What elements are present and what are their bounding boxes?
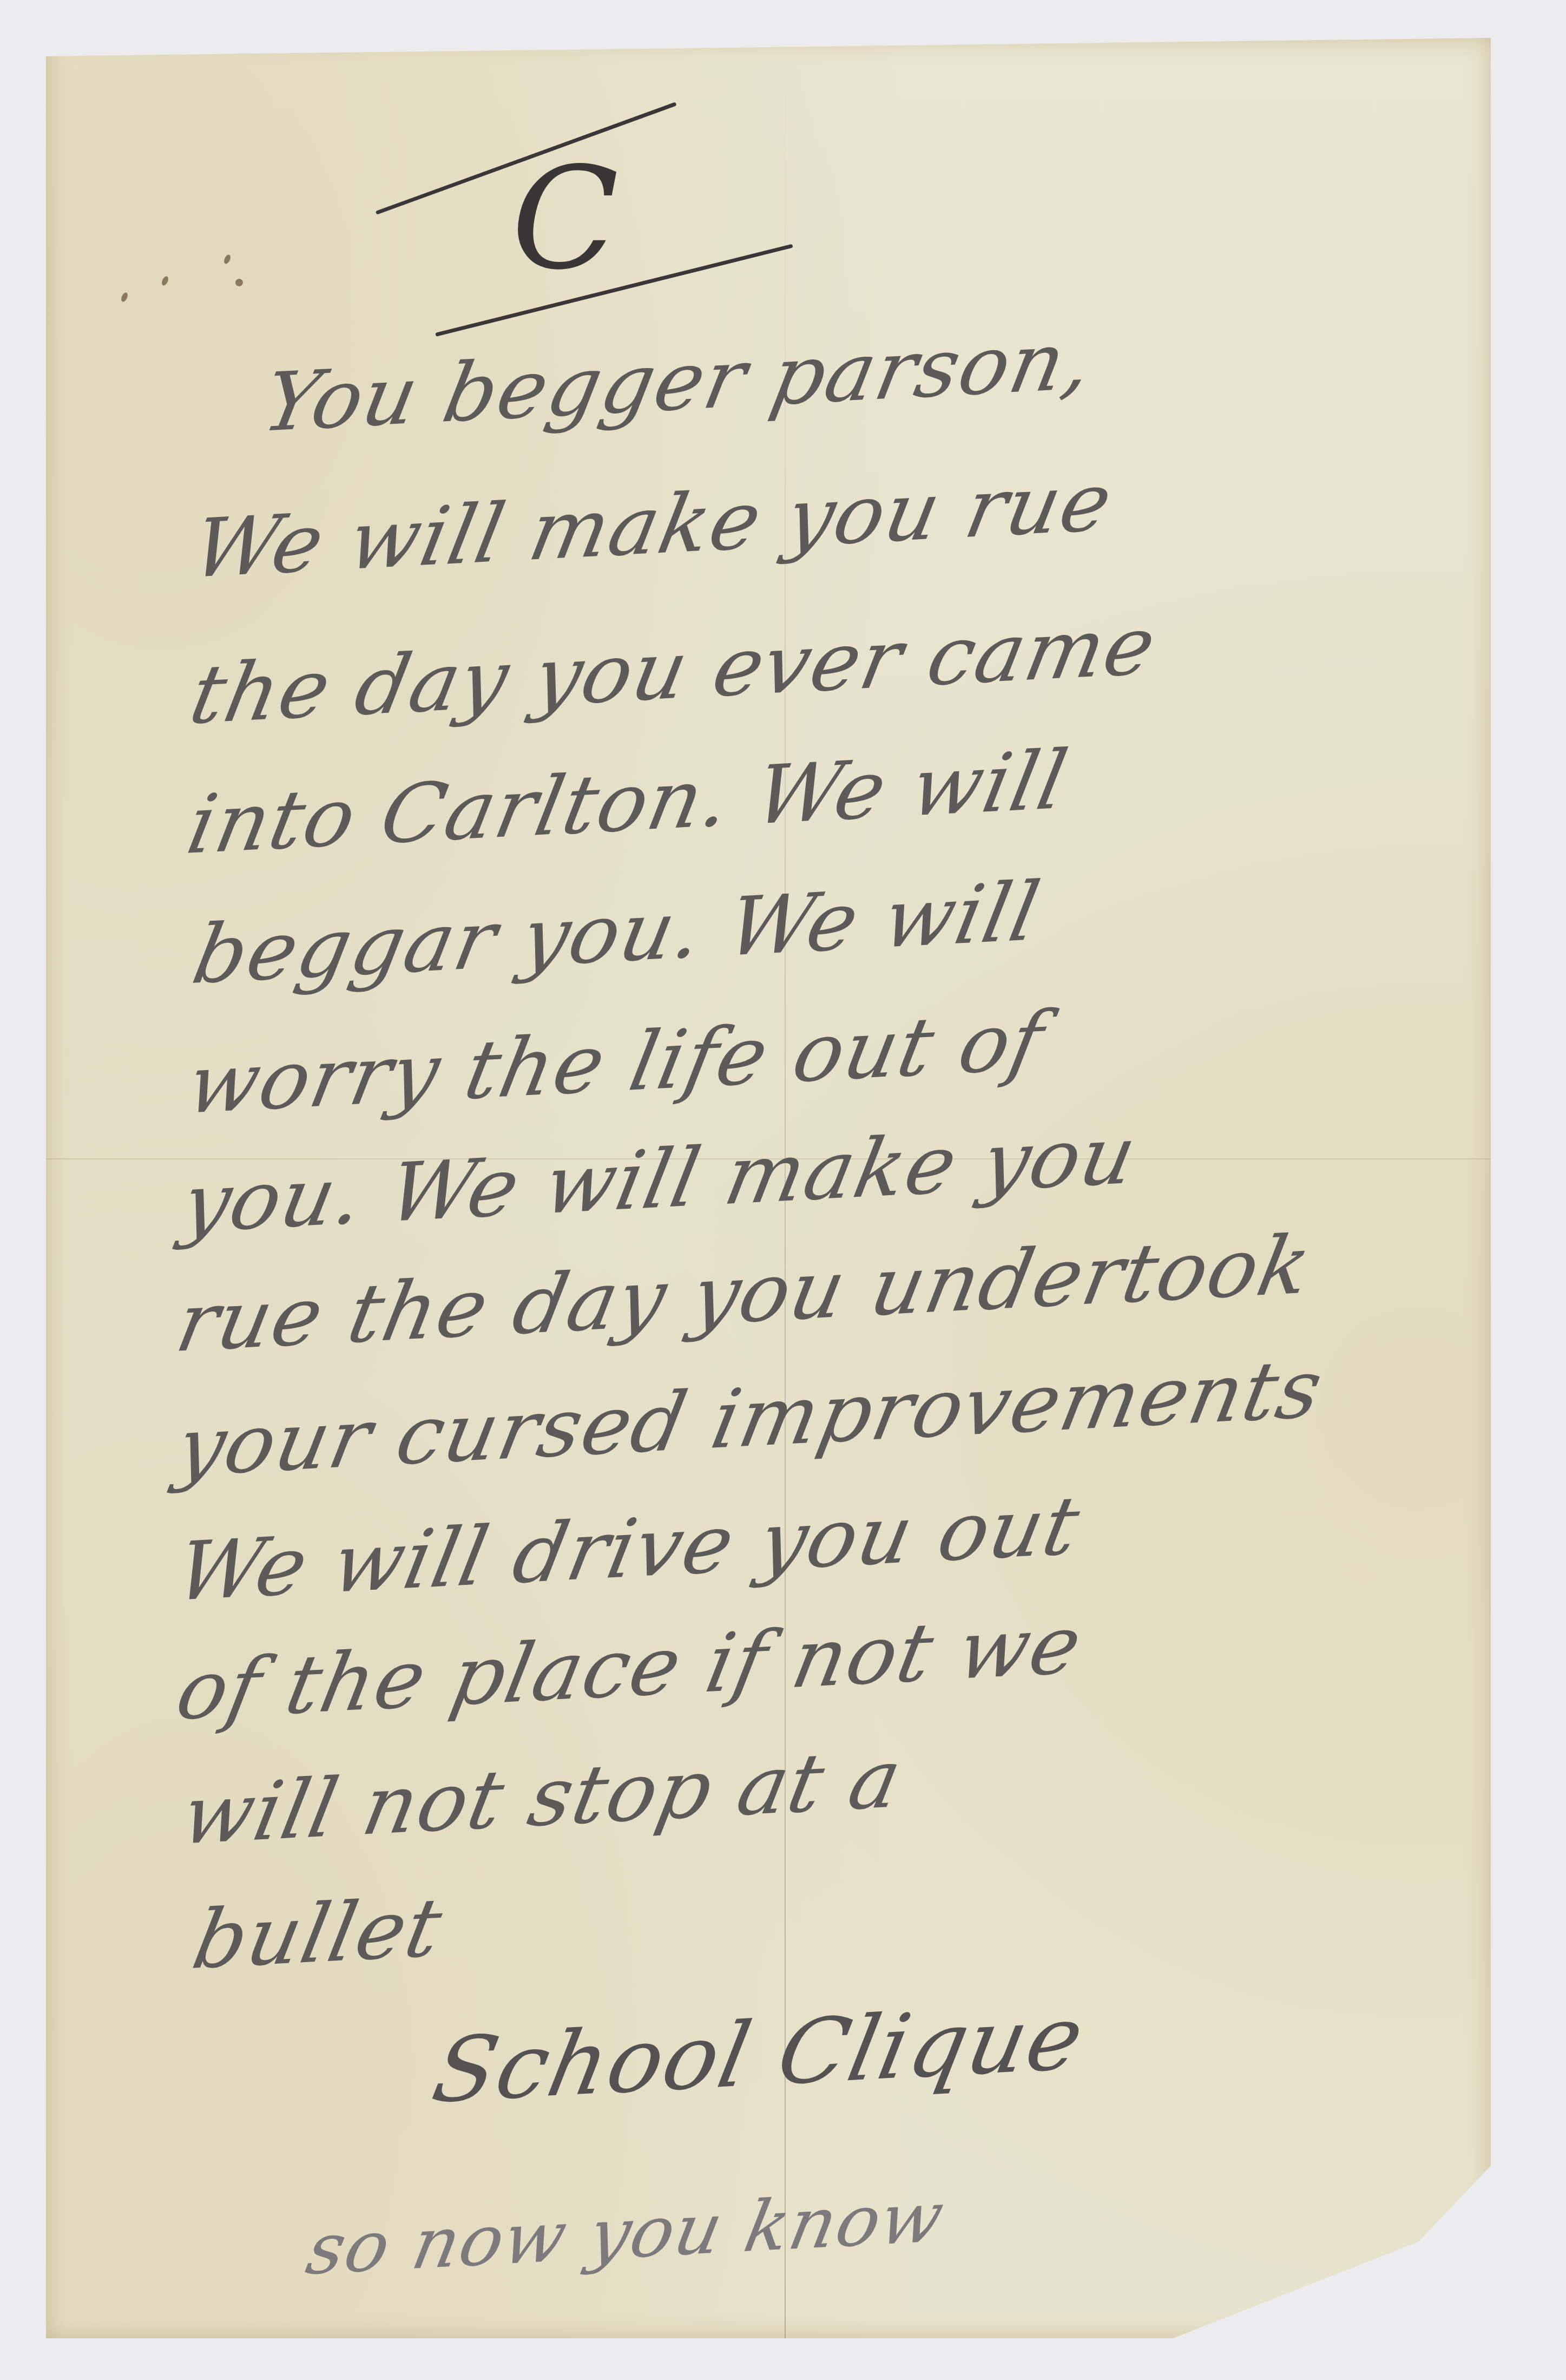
letter-paper: C You begger parson, We will make you ru… bbox=[46, 38, 1491, 2338]
body-line: you. We will make you bbox=[176, 1114, 1143, 1245]
body-line: into Carlton. We will bbox=[181, 739, 1074, 866]
body-line: your cursed improvements bbox=[170, 1348, 1329, 1489]
body-line: You begger parson, bbox=[257, 320, 1100, 444]
body-line: will not stop at a bbox=[176, 1739, 909, 1857]
letter-body: You begger parson, We will make you rue … bbox=[46, 38, 1491, 2338]
body-line: We will make you rue bbox=[187, 462, 1119, 590]
body-line: the day you ever came bbox=[184, 605, 1163, 736]
body-line: rue the day you undertook bbox=[170, 1224, 1318, 1364]
signature: School Clique bbox=[425, 1985, 1093, 2123]
body-line: bullet bbox=[187, 1887, 449, 1981]
postscript: so now you know bbox=[300, 2176, 951, 2291]
body-line: beggar you. We will bbox=[187, 871, 1047, 996]
body-line: worry the life out of bbox=[181, 1001, 1050, 1126]
body-line: We will drive you out bbox=[170, 1485, 1087, 1613]
body-line: of the place if not we bbox=[170, 1604, 1089, 1732]
